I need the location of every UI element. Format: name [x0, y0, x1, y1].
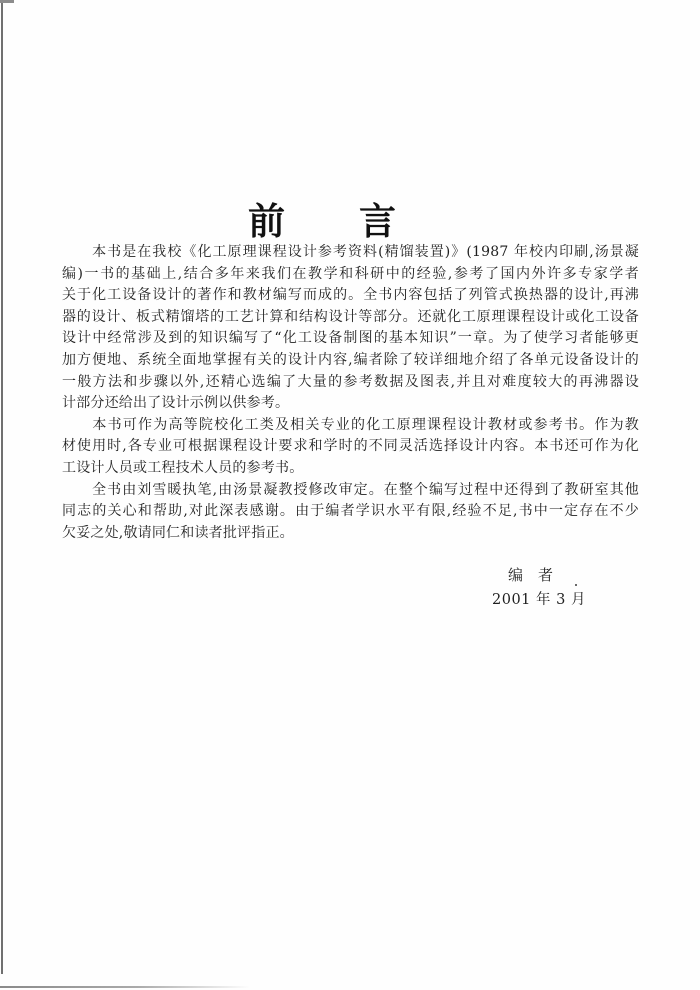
text-line: 关于化工设备设计的著作和教材编写而成的。全书内容包括了列管式换热器的设计,再沸 — [62, 285, 639, 307]
text-line: 编)一书的基础上,结合多年来我们在教学和科研中的经验,参考了国内外许多专家学者 — [62, 264, 639, 286]
text-line: 同志的关心和帮助,对此深表感谢。由于编者学识水平有限,经验不足,书中一定存在不少 — [62, 501, 639, 523]
text-line: 本书是在我校《化工原理课程设计参考资料(精馏装置)》(1987 年校内印刷,汤景… — [62, 242, 639, 264]
scanned-book-page: 前 言 本书是在我校《化工原理课程设计参考资料(精馏装置)》(1987 年校内印… — [0, 0, 700, 990]
scan-mark-top-left — [0, 0, 14, 3]
author-signature: 编 者 — [508, 564, 553, 585]
text-line: 材使用时,各专业可根据课程设计要求和学时的不同灵活选择设计内容。本书还可作为化 — [62, 436, 639, 458]
text-line: 加方便地、系统全面地掌握有关的设计内容,编者除了较详细地介绍了各单元设备设计的 — [62, 350, 639, 372]
text-line: 一般方法和步骤以外,还精心选编了大量的参考数据及图表,并且对难度较大的再沸器设 — [62, 372, 639, 394]
text-line: 计部分还给出了设计示例以供参考。 — [62, 393, 639, 415]
text-line: 设计中经常涉及到的知识编写了“化工设备制图的基本知识”一章。为了使学习者能够更 — [62, 328, 639, 350]
text-line: 工设计人员或工程技术人员的参考书。 — [62, 458, 639, 480]
publication-date: 2001 年 3 月 — [492, 588, 586, 609]
scan-mark-bottom-left — [0, 986, 250, 988]
preface-body: 本书是在我校《化工原理课程设计参考资料(精馏装置)》(1987 年校内印刷,汤景… — [62, 242, 639, 544]
scan-edge-left-line — [1, 2, 3, 974]
text-line: 本书可作为高等院校化工类及相关专业的化工原理课程设计教材或参考书。作为教 — [62, 415, 639, 437]
page-title: 前 言 — [248, 191, 396, 245]
text-line: 器的设计、板式精馏塔的工艺计算和结构设计等部分。还就化工原理课程设计或化工设备 — [62, 307, 639, 329]
ink-speck — [575, 584, 577, 586]
text-line: 全书由刘雪暖执笔,由汤景凝教授修改审定。在整个编写过程中还得到了教研室其他 — [62, 480, 639, 502]
text-line: 欠妥之处,敬请同仁和读者批评指正。 — [62, 523, 639, 545]
